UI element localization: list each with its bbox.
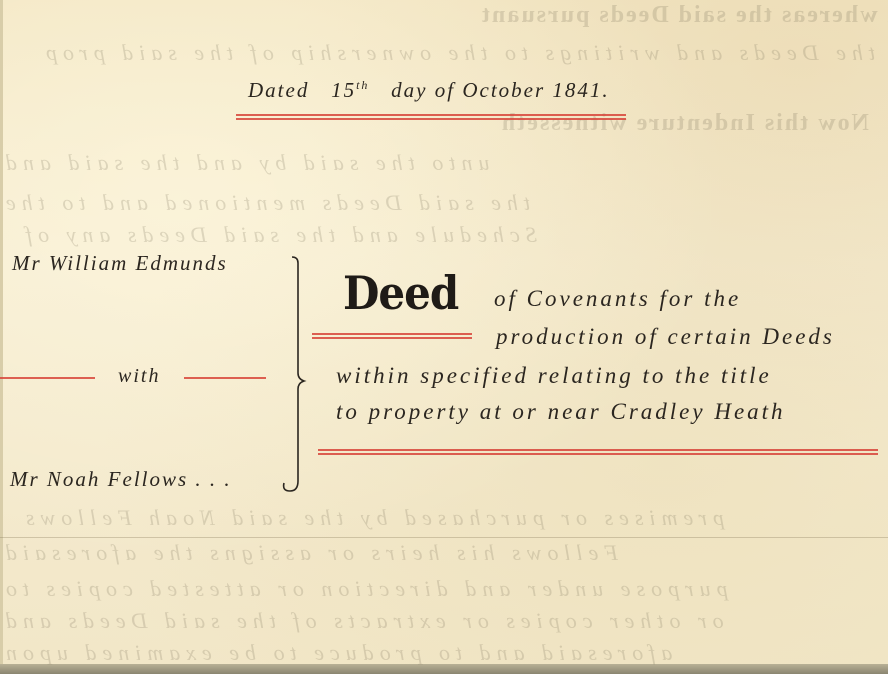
first-party-name: Mr William Edmunds [12,251,228,276]
title-red-underline [312,333,472,335]
parties-connector: with [118,365,160,388]
bleed-through-text: the Deeds and writings to the ownership … [40,40,875,66]
bleed-through-text: purpose under and direction or attested … [0,576,728,602]
dated-red-underline [236,114,626,116]
bleed-through-text: the said Deeds mentioned and to the [0,190,530,216]
dated-day: 15 [331,78,356,102]
curly-brace-icon [278,255,308,495]
bleed-through-text: aforesaid and to produce to be examined … [0,640,672,666]
bleed-through-text: unto the said by and the said and [0,150,489,176]
dated-day-suffix: th [356,78,369,92]
dated-middle: day of [391,78,455,102]
bleed-through-text: or other copies or extracts of the said … [0,608,724,634]
bleed-through-text: premises or purchased by the said Noah F… [20,505,724,531]
bleed-through-text: Fellows his heirs or assigns the aforesa… [0,540,618,566]
description-line-4: to property at or near Cradley Heath [336,399,786,425]
description-line-2: production of certain Deeds [496,324,835,350]
dated-prefix: Dated [248,78,309,102]
description-red-underline [318,449,878,451]
second-party-name: Mr Noah Fellows . . . [10,467,232,492]
deed-title: Deed [343,266,458,320]
description-line-1: of Covenants for the [494,286,741,312]
red-dash-left [0,377,95,379]
bleed-through-text: This Deed And whereas the said Deeds pur… [480,2,888,29]
description-line-3: within specified relating to the title [336,363,772,389]
red-dash-right [184,377,266,379]
dated-month-year: October 1841. [462,78,609,102]
paper-fold-line [0,537,888,538]
bleed-through-text: Schedule and the said Deeds any of [20,222,537,248]
dated-line: Dated 15th day of October 1841. [248,78,610,103]
